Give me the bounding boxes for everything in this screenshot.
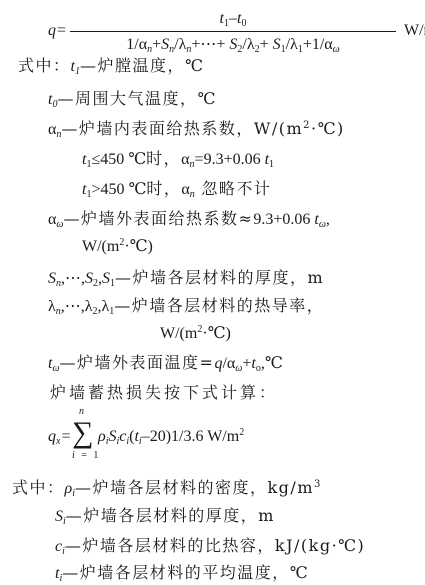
definition-t-i: ti—炉墙各层材料的平均温度，℃ [55,563,309,584]
definition-text: —炉墙内表面给热系数，W/(m2·℃) [61,119,344,138]
definition-S-layers: Sn,⋯,S2,S1—炉墙各层材料的厚度，m [48,268,324,289]
unit-alpha-omega: W/(m2·℃) [82,236,153,257]
definition-alpha-n: αn—炉墙内表面给热系数，W/(m2·℃) [48,119,345,140]
definition-t0: t0—周围大气温度，℃ [48,89,217,110]
definition-c-i: ci—炉墙各层材料的比热容，kJ/(kg·℃) [55,536,365,557]
symbol-alpha-omega: αω [48,211,63,228]
symbol-S-layers: Sn,⋯,S2,S1 [48,270,115,287]
fraction-denominator: 1/αn+Sn/λn+⋯+ S2/λ2+ S1/λ1+1/αω [70,34,396,54]
symbol-alpha-n: αn [48,121,61,138]
formula-unit: W/m2 [404,22,425,40]
definition-text: —周围大气温度，℃ [57,89,216,108]
definition-t1: 式中：t1—炉膛温度，℃ [18,56,204,77]
condition-t1-gt-450: t1>450 ℃时，αn 忽略不计 [82,179,271,200]
symbol-c-i: ci [55,538,65,555]
definition-rho-i: 式中：ρi—炉墙各层材料的密度，kg/m3 [12,478,322,499]
fraction-numerator: t1–t0 [70,10,396,28]
formula-lhs: q= [48,22,67,40]
condition-t1-le-450: t1≤450 ℃时，αn=9.3+0.06 t1 [82,149,274,170]
definition-text: —炉膛温度，℃ [80,56,204,75]
definition-S-i: Si—炉墙各层材料的厚度，m [55,506,275,527]
definition-alpha-omega: αω—炉墙外表面给热系数≈9.3+0.06 tω, [48,209,330,230]
summation-sign: ∑ [72,418,93,448]
where-label: 式中： [18,56,71,75]
definition-t-omega: tω—炉墙外表面温度=q/αω+to,℃ [48,353,283,374]
symbol-t-omega: tω [48,355,60,372]
formula-lhs: qx= [48,428,71,446]
symbol-t1: t1 [71,58,80,75]
symbol-S-i: Si [55,508,66,525]
definition-lambda-layers: λn,⋯,λ2,λ1—炉墙各层材料的热导率， [48,296,324,317]
storage-loss-paragraph: 炉墙蓄热损失按下式计算： [50,383,278,403]
symbol-rho-i: ρi [65,480,75,497]
fraction-bar [70,31,396,32]
where-label: 式中： [12,478,65,497]
sum-body: ρiSici(ti–20)1/3.6 W/m2 [98,428,244,446]
unit-lambda: W/(m2·℃) [160,323,231,344]
sum-lower-limit: i = 1 [72,450,100,461]
symbol-lambda-layers: λn,⋯,λ2,λ1 [48,298,114,315]
